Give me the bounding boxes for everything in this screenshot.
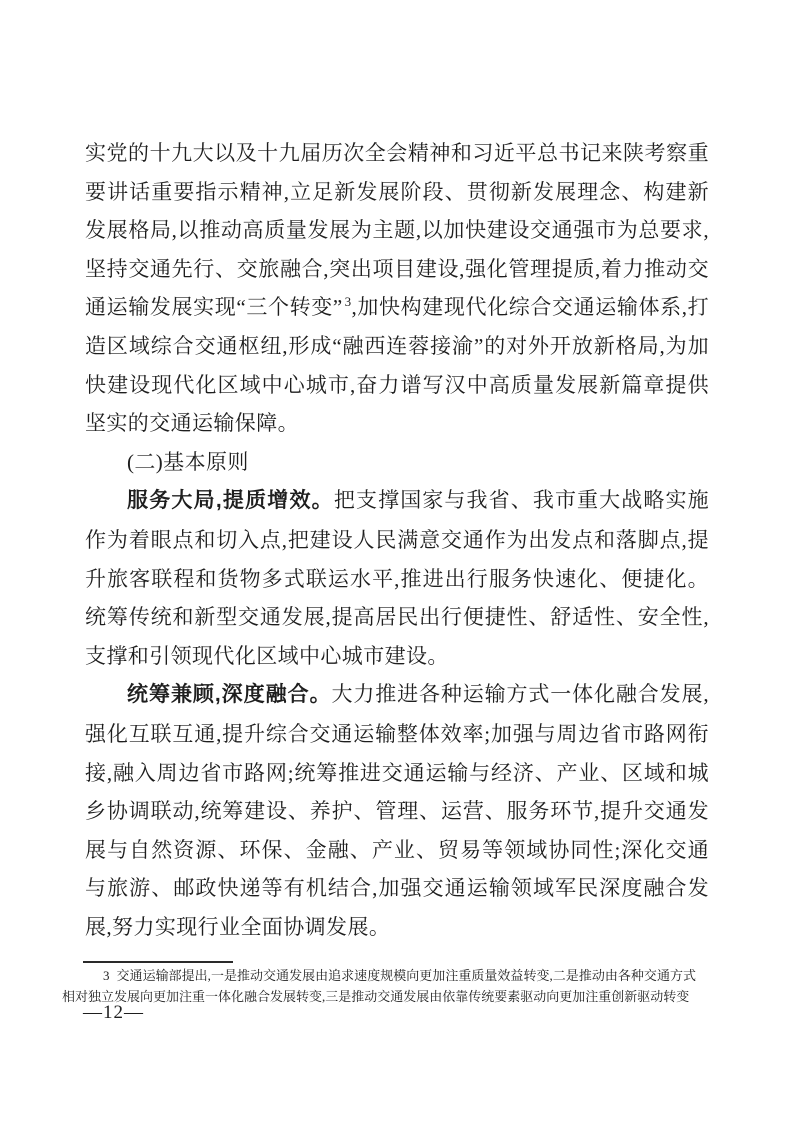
paragraph-bold-lead: 服务大局,提质增效。: [127, 489, 334, 512]
paragraph-bold-lead: 统筹兼顾,深度融合。: [127, 683, 332, 706]
paragraph-text-before-footnote-ref: 实党的十九大以及十九届历次全会精神和习近平总书记来陕考察重要讲话重要指示精神,立…: [85, 141, 709, 319]
document-page: 实党的十九大以及十九届历次全会精神和习近平总书记来陕考察重要讲话重要指示精神,立…: [0, 0, 793, 1122]
footnote-separator-rule: [83, 961, 233, 963]
paragraph-overall-planning-deep-integration: 统筹兼顾,深度融合。大力推进各种运输方式一体化融合发展,强化互联互通,提升综合交…: [85, 675, 709, 946]
paragraph-text: 大力推进各种运输方式一体化融合发展,强化互联互通,提升综合交通运输整体效率;加强…: [85, 682, 709, 939]
section-heading-basic-principles: (二)基本原则: [85, 443, 709, 482]
footnote-marker: 3: [103, 968, 110, 983]
footnote-area: 3交通运输部提出,一是推动交通发展由追求速度规模向更加注重质量效益转变,二是推动…: [62, 966, 696, 1007]
paragraph-guiding-ideology: 实党的十九大以及十九届历次全会精神和习近平总书记来陕考察重要讲话重要指示精神,立…: [85, 134, 709, 443]
paragraph-text: 把支撑国家与我省、我市重大战略实施作为着眼点和切入点,把建设人民满意交通作为出发…: [85, 488, 709, 667]
page-number: —12—: [83, 1002, 144, 1024]
document-body: 实党的十九大以及十九届历次全会精神和习近平总书记来陕考察重要讲话重要指示精神,立…: [85, 134, 709, 946]
footnote-entry: 3交通运输部提出,一是推动交通发展由追求速度规模向更加注重质量效益转变,二是推动…: [62, 966, 696, 1007]
footnote-text: 交通运输部提出,一是推动交通发展由追求速度规模向更加注重质量效益转变,二是推动由…: [62, 968, 696, 1004]
paragraph-serve-overall-situation: 服务大局,提质增效。把支撑国家与我省、我市重大战略实施作为着眼点和切入点,把建设…: [85, 481, 709, 675]
